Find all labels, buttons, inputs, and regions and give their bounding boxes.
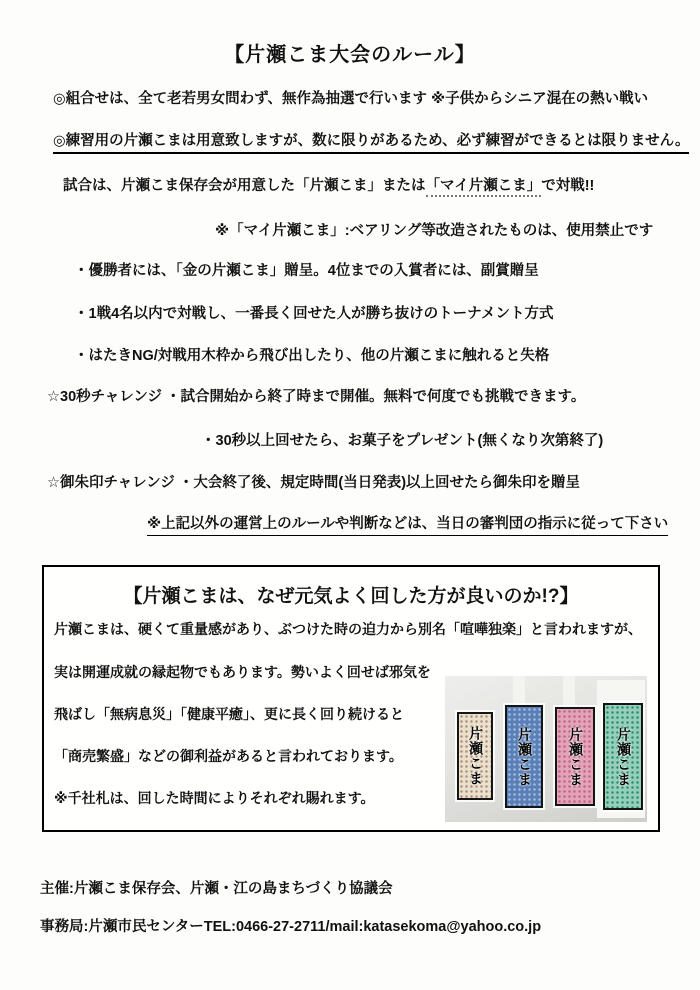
rule-match-equipment: 試合は、片瀬こま保存会が用意した「片瀬こま」または「マイ片瀬こま」で対戦!! bbox=[63, 174, 594, 195]
senjafuda-label: 片瀬こま bbox=[616, 727, 630, 787]
senjafuda-card: 片瀬こま bbox=[555, 707, 595, 806]
office-contact-line: 事務局:片瀬市民センターTEL:0466-27-2711/mail:katase… bbox=[40, 915, 541, 936]
senjafuda-label: 片瀬こま bbox=[568, 727, 582, 787]
info-box-line: 飛ばし「無病息災」「健康平癒」、更に長く回り続けると bbox=[54, 704, 404, 724]
rule-referee-note: ※上記以外の運営上のルールや判断などは、当日の審判団の指示に従って下さい bbox=[147, 512, 668, 536]
info-box-line: 片瀬こまは、硬くて重量感があり、ぶつけた時の迫力から別名「喧嘩独楽」と言われます… bbox=[54, 619, 642, 639]
rule-prizes: ・優勝者には、「金の片瀬こま」贈呈。4位までの入賞者には、副賞贈呈 bbox=[74, 259, 539, 280]
rule-my-koma-restriction: ※「マイ片瀬こま」:ベアリング等改造されたものは、使用禁止です bbox=[215, 219, 653, 240]
senjafuda-label: 片瀬こま bbox=[517, 727, 531, 787]
senjafuda-photo: 片瀬こま片瀬こま片瀬こま片瀬こま bbox=[445, 676, 647, 822]
senjafuda-card: 片瀬こま bbox=[505, 705, 543, 808]
info-box-line: 実は開運成就の縁起物でもあります。勢いよく回せば邪気を bbox=[54, 662, 431, 682]
info-box-line: 「商売繁盛」などの御利益があると言われております。 bbox=[54, 746, 403, 766]
info-box: 【片瀬こまは、なぜ元気よく回した方が良いのか!?】 片瀬こまは、硬くて重量感があ… bbox=[42, 565, 660, 832]
rule-tournament-format: ・1戦4名以内で対戦し、一番長く回せた人が勝ち抜けのトーナメント方式 bbox=[74, 302, 554, 323]
info-box-senjafuda-note: ※千社札は、回した時間によりそれぞれ賜れます。 bbox=[54, 788, 375, 808]
page-title: 【片瀬こま大会のルール】 bbox=[0, 38, 700, 67]
senjafuda-card: 片瀬こま bbox=[457, 712, 493, 800]
rule-30sec-challenge: ☆30秒チャレンジ ・試合開始から終了時まで開催。無料で何度でも挑戦できます。 bbox=[47, 385, 585, 406]
senjafuda-label: 片瀬こま bbox=[468, 726, 482, 786]
senjafuda-card: 片瀬こま bbox=[603, 703, 643, 810]
info-box-title: 【片瀬こまは、なぜ元気よく回した方が良いのか!?】 bbox=[44, 581, 658, 608]
rule-matchmaking: ◎組合せは、全て老若男女問わず、無作為抽選で行います ※子供からシニア混在の熱い… bbox=[53, 87, 648, 108]
rule-disqualification: ・はたきNG/対戦用木枠から飛び出したり、他の片瀬こまに触れると失格 bbox=[74, 344, 549, 365]
organizer-line: 主催:片瀬こま保存会、片瀬・江の島まちづくり協議会 bbox=[40, 877, 393, 898]
rule-match-equipment-post: で対戦!! bbox=[541, 178, 594, 194]
flyer-page: 【片瀬こま大会のルール】 ◎組合せは、全て老若男女問わず、無作為抽選で行います … bbox=[0, 0, 700, 990]
rule-match-equipment-pre: 試合は、片瀬こま保存会が用意した「片瀬こま」または bbox=[63, 178, 426, 194]
rule-30sec-reward: ・30秒以上回せたら、お菓子をプレゼント(無くなり次第終了) bbox=[201, 429, 603, 450]
rule-practice-tops-notice: ◎練習用の片瀬こまは用意致しますが、数に限りがあるため、必ず練習ができるとは限り… bbox=[53, 129, 689, 154]
my-katasekoma-emphasis: 「マイ片瀬こま」 bbox=[426, 178, 542, 197]
rule-goshuin-challenge: ☆御朱印チャレンジ ・大会終了後、規定時間(当日発表)以上回せたら御朱印を贈呈 bbox=[47, 471, 580, 492]
